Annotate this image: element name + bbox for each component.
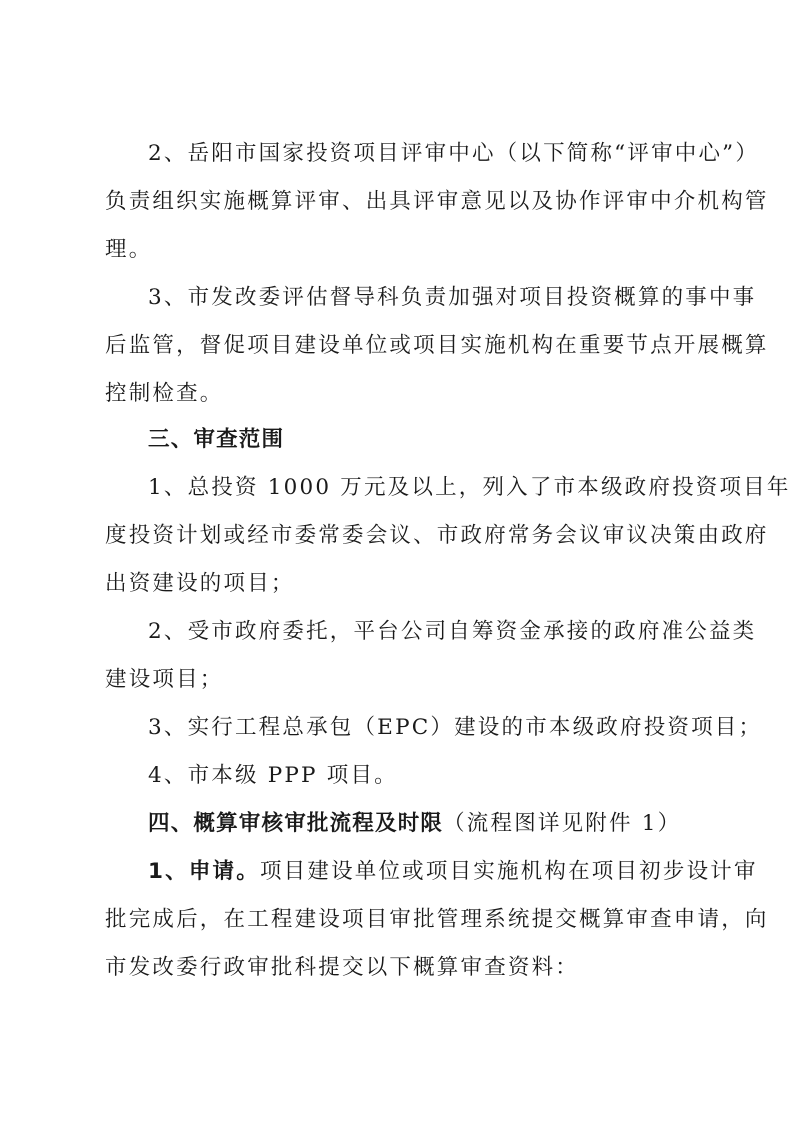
paragraph-line: 出资建设的项目；: [105, 570, 705, 598]
paragraph-line: 市发改委行政审批科提交以下概算审查资料：: [105, 954, 705, 982]
section-heading: 三、审查范围: [148, 426, 748, 454]
paragraph-line: 建设项目；: [105, 666, 705, 694]
section-heading: 四、概算审核审批流程及时限: [148, 811, 443, 836]
paragraph-line: 后监管，督促项目建设单位或项目实施机构在重要节点开展概算: [105, 332, 705, 360]
paragraph-line: 1、总投资 1000 万元及以上，列入了市本级政府投资项目年: [148, 474, 748, 502]
paragraph-line: 负责组织实施概算评审、出具评审意见以及协作评审中介机构管: [105, 188, 705, 216]
paragraph-line: 批完成后，在工程建设项目审批管理系统提交概算审查申请，向: [105, 906, 705, 934]
paragraph-line: 度投资计划或经市委常委会议、市政府常务会议审议决策由政府: [105, 522, 705, 550]
paragraph-line: 理。: [105, 236, 705, 264]
document-page: 2、岳阳市国家投资项目评审中心（以下简称“评审中心”） 负责组织实施概算评审、出…: [0, 0, 791, 1126]
paragraph-line: 控制检查。: [105, 380, 705, 408]
step-label: 1、申请。: [148, 859, 260, 884]
paragraph-line: 4、市本级 PPP 项目。: [148, 762, 748, 790]
section-heading-note: （流程图详见附件 1）: [443, 811, 681, 836]
paragraph-line: 2、受市政府委托，平台公司自筹资金承接的政府准公益类: [148, 618, 748, 646]
paragraph-line: 3、市发改委评估督导科负责加强对项目投资概算的事中事: [148, 284, 748, 312]
paragraph-line: 2、岳阳市国家投资项目评审中心（以下简称“评审中心”）: [148, 140, 748, 168]
paragraph-line: 3、实行工程总承包（EPC）建设的市本级政府投资项目；: [148, 714, 748, 742]
step-text: 项目建设单位或项目实施机构在项目初步设计审: [260, 859, 758, 884]
section-heading-line: 四、概算审核审批流程及时限（流程图详见附件 1）: [148, 810, 748, 838]
paragraph-line: 1、申请。项目建设单位或项目实施机构在项目初步设计审: [148, 858, 748, 886]
